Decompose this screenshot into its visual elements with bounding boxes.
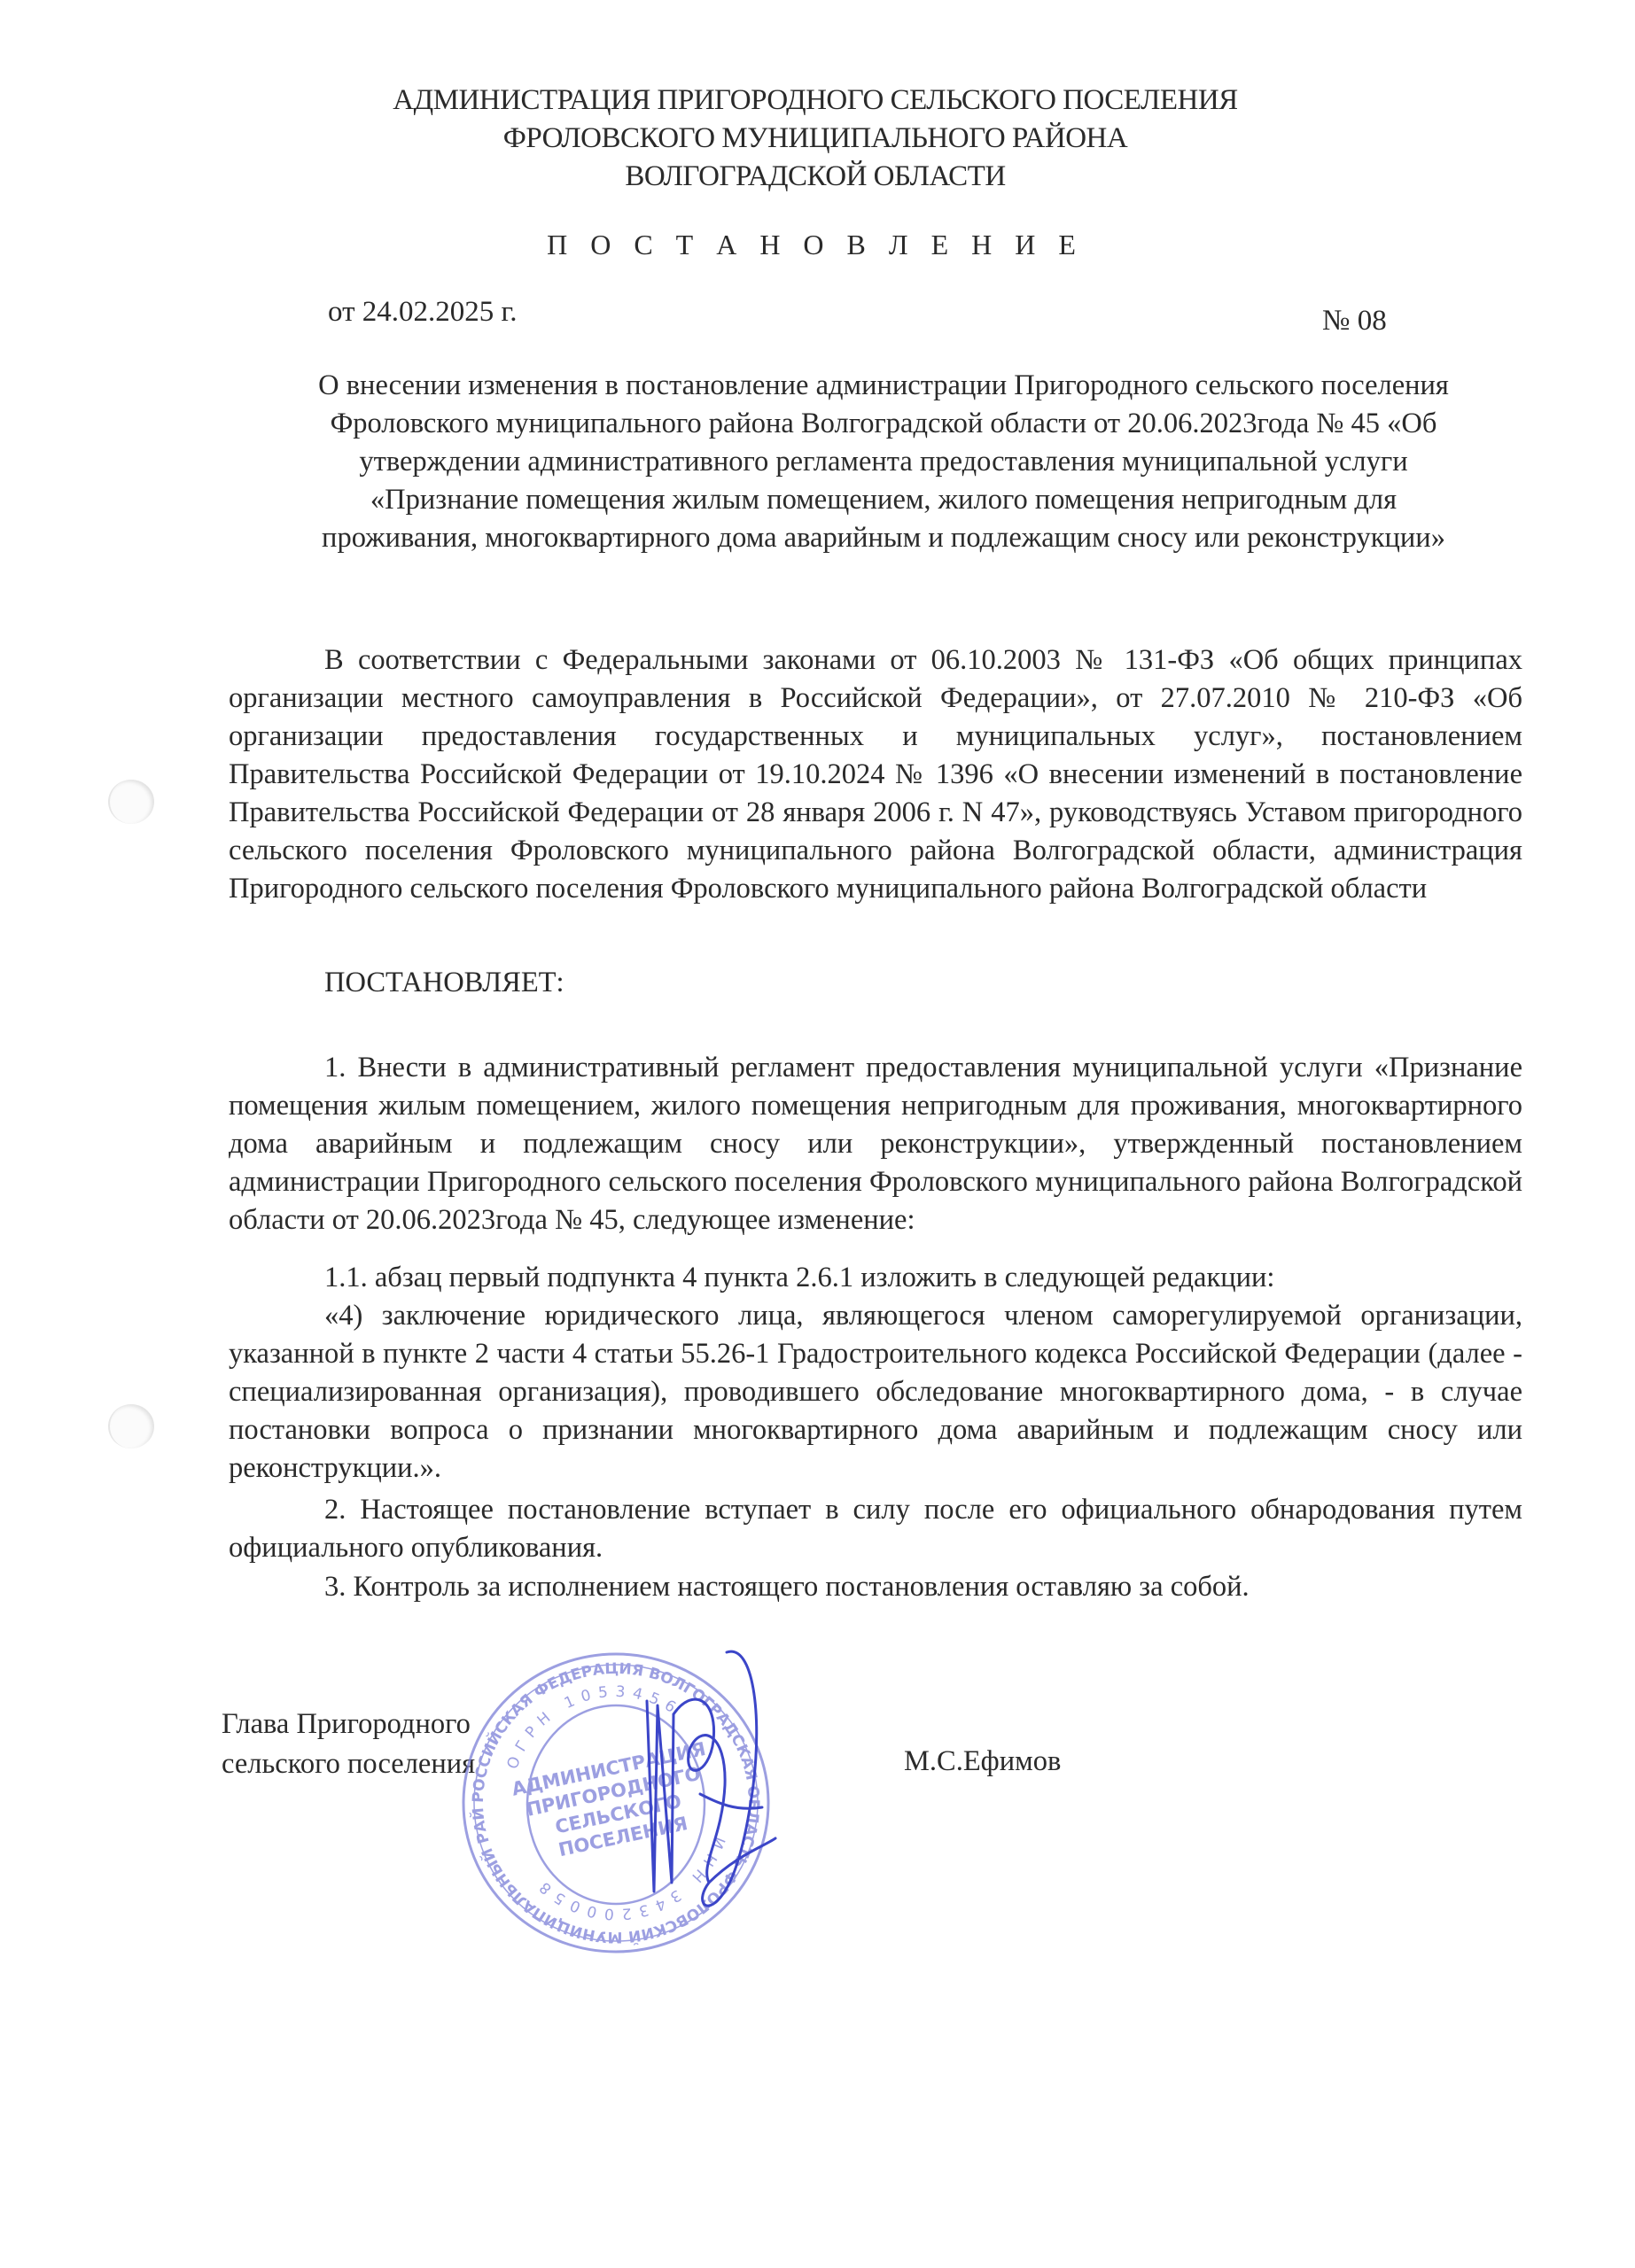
- issuer-header: АДМИНИСТРАЦИЯ ПРИГОРОДНОГО СЕЛЬСКОГО ПОС…: [266, 82, 1365, 196]
- title-line: Фроловского муниципального района Волгог…: [232, 405, 1535, 443]
- signatory-name: М.С.Ефимов: [904, 1745, 1061, 1778]
- document-type: П О С Т А Н О В Л Е Н И Е: [266, 229, 1365, 261]
- document-title: О внесении изменения в постановление адм…: [232, 367, 1535, 557]
- title-line: О внесении изменения в постановление адм…: [232, 367, 1535, 405]
- resolves-heading: ПОСТАНОВЛЯЕТ:: [229, 964, 1522, 1002]
- item-2-paragraph: 2. Настоящее постановление вступает в си…: [229, 1491, 1522, 1567]
- item-1-1-quote-paragraph: «4) заключение юридического лица, являющ…: [229, 1297, 1522, 1487]
- document-date: от 24.02.2025 г.: [328, 296, 518, 329]
- issuer-line: АДМИНИСТРАЦИЯ ПРИГОРОДНОГО СЕЛЬСКОГО ПОС…: [266, 82, 1365, 120]
- title-line: утверждении административного регламента…: [232, 443, 1535, 481]
- position-line: Глава Пригородного: [222, 1705, 475, 1744]
- title-line: «Признание помещения жилым помещением, ж…: [232, 481, 1535, 519]
- issuer-line: ВОЛГОГРАДСКОЙ ОБЛАСТИ: [266, 158, 1365, 196]
- position-line: сельского поселения: [222, 1744, 475, 1784]
- punch-hole-top: [108, 780, 154, 824]
- signatory-position: Глава Пригородного сельского поселения: [222, 1705, 475, 1784]
- punch-hole-bottom: [108, 1404, 154, 1449]
- item-3-paragraph: 3. Контроль за исполнением настоящего по…: [229, 1568, 1522, 1606]
- item-1-paragraph: 1. Внести в административный регламент п…: [229, 1049, 1522, 1239]
- legal-basis-paragraph: В соответствии с Федеральными законами о…: [229, 641, 1522, 908]
- title-line: проживания, многоквартирного дома аварий…: [232, 519, 1535, 557]
- issuer-line: ФРОЛОВСКОГО МУНИЦИПАЛЬНОГО РАЙОНА: [266, 120, 1365, 158]
- item-1-1-paragraph: 1.1. абзац первый подпункта 4 пункта 2.6…: [229, 1259, 1522, 1297]
- handwritten-signature-icon: [620, 1635, 780, 1918]
- document-page: АДМИНИСТРАЦИЯ ПРИГОРОДНОГО СЕЛЬСКОГО ПОС…: [0, 0, 1635, 2268]
- document-number: № 08: [1322, 305, 1387, 338]
